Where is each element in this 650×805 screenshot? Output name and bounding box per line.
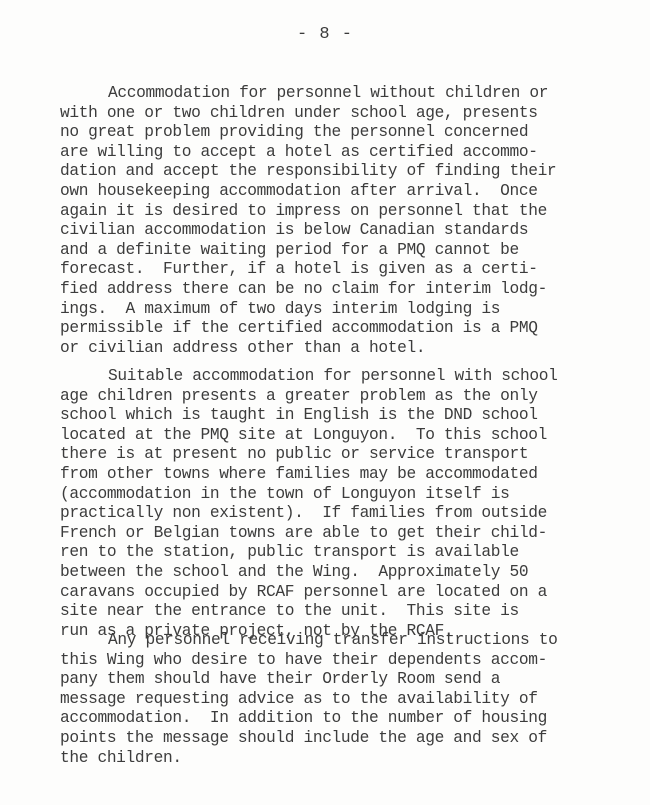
text-line: this Wing who desire to have their depen… bbox=[60, 651, 620, 671]
text-line: Accommodation for personnel without chil… bbox=[60, 84, 620, 104]
text-line: civilian accommodation is below Canadian… bbox=[60, 221, 620, 241]
text-line: practically non existent). If families f… bbox=[60, 504, 620, 524]
text-line: no great problem providing the personnel… bbox=[60, 123, 620, 143]
text-line: with one or two children under school ag… bbox=[60, 104, 620, 124]
text-line: from other towns where families may be a… bbox=[60, 465, 620, 485]
text-line: (accommodation in the town of Longuyon i… bbox=[60, 485, 620, 505]
text-line: or civilian address other than a hotel. bbox=[60, 339, 620, 359]
text-line: are willing to accept a hotel as certifi… bbox=[60, 143, 620, 163]
text-line: there is at present no public or service… bbox=[60, 445, 620, 465]
text-line: Suitable accommodation for personnel wit… bbox=[60, 367, 620, 387]
text-line: forecast. Further, if a hotel is given a… bbox=[60, 260, 620, 280]
text-line: age children presents a greater problem … bbox=[60, 387, 620, 407]
text-line: French or Belgian towns are able to get … bbox=[60, 524, 620, 544]
paragraph-personnel-without-children: Accommodation for personnel without chil… bbox=[60, 84, 620, 358]
text-line: Any personnel receiving transfer instruc… bbox=[60, 631, 620, 651]
text-line: pany them should have their Orderly Room… bbox=[60, 670, 620, 690]
paragraph-transfer-instructions: Any personnel receiving transfer instruc… bbox=[60, 631, 620, 768]
page-number: - 8 - bbox=[0, 25, 650, 44]
text-line: located at the PMQ site at Longuyon. To … bbox=[60, 426, 620, 446]
text-line: accommodation. In addition to the number… bbox=[60, 709, 620, 729]
text-line: school which is taught in English is the… bbox=[60, 406, 620, 426]
text-line: points the message should include the ag… bbox=[60, 729, 620, 749]
text-line: fied address there can be no claim for i… bbox=[60, 280, 620, 300]
text-line: site near the entrance to the unit. This… bbox=[60, 602, 620, 622]
text-line: dation and accept the responsibility of … bbox=[60, 162, 620, 182]
text-line: permissible if the certified accommodati… bbox=[60, 319, 620, 339]
text-line: message requesting advice as to the avai… bbox=[60, 690, 620, 710]
text-line: own housekeeping accommodation after arr… bbox=[60, 182, 620, 202]
text-line: the children. bbox=[60, 749, 620, 769]
text-line: caravans occupied by RCAF personnel are … bbox=[60, 583, 620, 603]
text-line: between the school and the Wing. Approxi… bbox=[60, 563, 620, 583]
text-line: ings. A maximum of two days interim lodg… bbox=[60, 300, 620, 320]
paragraph-school-age-children: Suitable accommodation for personnel wit… bbox=[60, 367, 620, 641]
text-line: and a definite waiting period for a PMQ … bbox=[60, 241, 620, 261]
text-line: again it is desired to impress on person… bbox=[60, 202, 620, 222]
text-line: ren to the station, public transport is … bbox=[60, 543, 620, 563]
document-page: - 8 - Accommodation for personnel withou… bbox=[0, 0, 650, 805]
